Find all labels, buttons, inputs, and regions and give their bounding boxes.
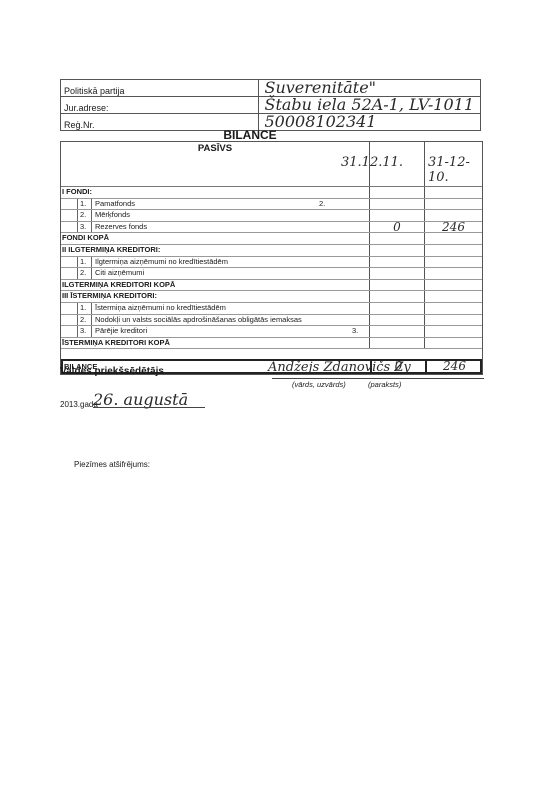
item-label: Īstermiņa aizņēmumi no kredītiestādēm	[91, 303, 226, 314]
table-row: 3.Rezerves fonds0246	[61, 222, 482, 234]
item-number: 3.	[77, 222, 92, 233]
table-row: 3.Pārējie kreditori3.	[61, 326, 482, 338]
signature-handwriting: Andžejs Zdanovičs Zy	[268, 360, 411, 375]
divider	[424, 199, 425, 210]
item-label: Rezerves fonds	[91, 222, 147, 233]
spacer-row	[61, 349, 482, 359]
party-info-table: Politiskā partija Suverenitāte" Jur.adre…	[60, 79, 481, 131]
section-heading: II ILGTERMIŅA KREDITORI:	[62, 245, 160, 256]
divider	[424, 291, 425, 302]
section-header-row: III ĪSTERMIŅA KREDITORI:	[61, 291, 482, 303]
value-col-2: 246	[426, 222, 481, 232]
divider	[369, 222, 370, 233]
divider	[424, 257, 425, 268]
column-date-1: 31.12.11.	[341, 155, 403, 170]
divider	[369, 210, 370, 221]
table-row: 1.Pamatfonds2.	[61, 199, 482, 211]
value-col-1: 0	[371, 222, 423, 232]
item-number: 1.	[77, 257, 92, 268]
section-heading: I FONDI:	[62, 187, 92, 198]
table-row: 1.Ilgtermiņa aizņēmumi no kredītiestādēm	[61, 257, 482, 269]
divider	[424, 280, 425, 291]
divider	[369, 291, 370, 302]
address-value: Štabu iela 52A-1, LV-1011	[258, 97, 481, 114]
sign-caption: (paraksts)	[368, 380, 401, 389]
divider	[369, 233, 370, 244]
balance-rows: I FONDI:1.Pamatfonds2.2.Mērķfonds3.Rezer…	[61, 187, 482, 349]
section-subtitle: PASĪVS	[61, 143, 369, 154]
divider	[369, 245, 370, 256]
divider	[424, 315, 425, 326]
divider	[424, 210, 425, 221]
item-number: 2.	[77, 268, 92, 279]
signature-line	[272, 378, 484, 379]
item-label: Mērķfonds	[91, 210, 130, 221]
section-heading: III ĪSTERMIŅA KREDITORI:	[62, 291, 157, 302]
item-note: 2.	[319, 199, 325, 210]
table-row: 2.Nodokļi un valsts sociālās apdrošināša…	[61, 315, 482, 327]
date-underline	[93, 407, 205, 408]
item-number: 1.	[77, 199, 92, 210]
grid-header: PASĪVS 31.12.11. 31-12-10.	[61, 142, 482, 187]
item-label: Citi aizņēmumi	[91, 268, 144, 279]
section-total-label: ILGTERMIŅA KREDITORI KOPĀ	[62, 280, 175, 291]
divider	[424, 142, 425, 186]
item-number: 2.	[77, 315, 92, 326]
item-number: 2.	[77, 210, 92, 221]
divider	[424, 268, 425, 279]
party-row: Politiskā partija Suverenitāte"	[61, 80, 481, 97]
section-total-row: FONDI KOPĀ	[61, 233, 482, 245]
divider	[369, 315, 370, 326]
divider	[369, 199, 370, 210]
divider	[424, 326, 425, 337]
table-row: 2.Mērķfonds	[61, 210, 482, 222]
divider	[424, 187, 425, 198]
section-header-row: II ILGTERMIŅA KREDITORI:	[61, 245, 482, 257]
divider	[424, 303, 425, 314]
divider	[369, 338, 370, 349]
section-total-label: ĪSTERMIŅA KREDITORI KOPĀ	[62, 338, 170, 349]
section-header-row: I FONDI:	[61, 187, 482, 199]
table-row: 1.Īstermiņa aizņēmumi no kredītiestādēm	[61, 303, 482, 315]
item-number: 3.	[77, 326, 92, 337]
item-note: 3.	[352, 326, 358, 337]
divider	[424, 245, 425, 256]
address-label: Jur.adrese:	[61, 97, 259, 114]
item-label: Pārējie kreditori	[91, 326, 147, 337]
signer-role: Valdes priekšsēdētājs	[60, 366, 164, 377]
divider	[369, 326, 370, 337]
divider	[369, 303, 370, 314]
divider	[424, 338, 425, 349]
balance-grid: PASĪVS 31.12.11. 31-12-10. I FONDI:1.Pam…	[60, 141, 483, 375]
column-date-2: 31-12-10.	[428, 155, 482, 185]
item-label: Ilgtermiņa aizņēmumi no kredītiestādēm	[91, 257, 228, 268]
divider	[369, 187, 370, 198]
table-row: 2.Citi aizņēmumi	[61, 268, 482, 280]
divider	[369, 257, 370, 268]
section-total-label: FONDI KOPĀ	[62, 233, 109, 244]
address-row: Jur.adrese: Štabu iela 52A-1, LV-1011	[61, 97, 481, 114]
item-label: Nodokļi un valsts sociālās apdrošināšana…	[91, 315, 302, 326]
divider	[424, 222, 425, 233]
notes-label: Piezīmes atšifrējums:	[74, 460, 150, 469]
item-number: 1.	[77, 303, 92, 314]
section-total-row: ILGTERMIŅA KREDITORI KOPĀ	[61, 280, 482, 292]
item-label: Pamatfonds	[91, 199, 135, 210]
section-total-row: ĪSTERMIŅA KREDITORI KOPĀ	[61, 338, 482, 350]
divider	[369, 268, 370, 279]
name-caption: (vārds, uzvārds)	[292, 380, 346, 389]
party-label: Politiskā partija	[61, 80, 259, 97]
divider	[424, 233, 425, 244]
balance-value-2: 246	[427, 361, 482, 371]
document-title: BILANCE	[60, 128, 440, 142]
divider	[369, 280, 370, 291]
party-value: Suverenitāte"	[258, 80, 481, 97]
